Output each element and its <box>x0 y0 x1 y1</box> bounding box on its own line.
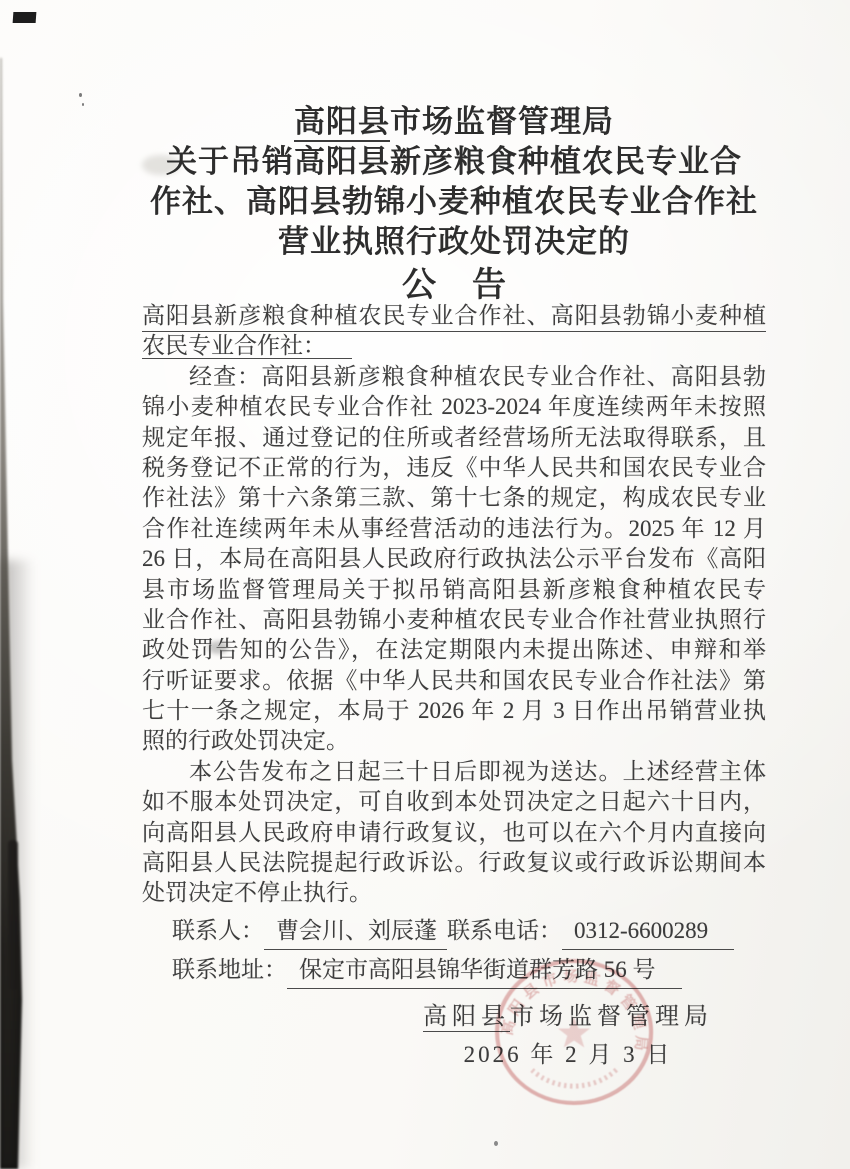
seal-star <box>558 1017 590 1048</box>
scan-speck <box>82 103 84 106</box>
body-line: 如不服本处罚决定，可自收到本处罚决定之日起六十日内， <box>142 787 766 817</box>
body-line: 向高阳县人民政府申请行政复议，也可以在六个月内直接向 <box>142 818 766 848</box>
body-line: 行听证要求。依据《中华人民共和国农民专业合作社法》第 <box>142 666 766 696</box>
title-agency-underlined: 高阳县 <box>294 104 390 142</box>
body-line: 作社法》第十六条第三款、第十七条的规定，构成农民专业 <box>142 483 766 513</box>
body-line: 经查：高阳县新彦粮食种植农民专业合作社、高阳县勃 <box>142 362 766 392</box>
body-line: 照的行政处罚决定。 <box>142 726 766 756</box>
contact-person-line: 联系人：曹会川、刘辰蓬联系电话：0312-6600289 <box>142 913 766 948</box>
contact-person-label: 联系人： <box>172 918 264 943</box>
body-line: 高阳县人民法院提起行政诉讼。行政复议或行政诉讼期间本 <box>142 848 766 878</box>
document-body: 高阳县新彦粮食种植农民专业合作社、高阳县勃锦小麦种植 农民专业合作社： 经查：高… <box>142 301 766 987</box>
body-line: 本公告发布之日起三十日后即视为送达。上述经营主体 <box>142 757 766 787</box>
scan-speck <box>79 93 82 97</box>
title-line-3: 作社、高阳县勃锦小麦种植农民专业合作社 <box>142 182 766 222</box>
official-seal: 高阳县市场监督管理局 <box>490 957 658 1109</box>
body-line: 合作社连续两年未从事经营活动的违法行为。2025 年 12 月 <box>142 514 766 544</box>
addressee-text: 高阳县新彦粮食种植农民专业合作社、高阳县勃锦小麦种植 <box>142 301 766 332</box>
scanned-announcement-page: 高阳县市场监督管理局 关于吊销高阳县新彦粮食种植农民专业合 作社、高阳县勃锦小麦… <box>0 0 850 1169</box>
contact-person-value: 曹会川、刘辰蓬 <box>264 913 447 950</box>
body-line: 业合作社、高阳县勃锦小麦种植农民专业合作社营业执照行 <box>142 605 766 635</box>
contact-address-label: 联系地址： <box>172 957 287 982</box>
title-agency-line: 高阳县市场监督管理局 <box>142 102 766 142</box>
title-line-2: 关于吊销高阳县新彦粮食种植农民专业合 <box>142 142 766 182</box>
body-line: 税务登记不正常的行为，违反《中华人民共和国农民专业合 <box>142 453 766 483</box>
addressee-text: 农民专业合作社： <box>142 333 352 359</box>
body-line: 七十一条之规定，本局于 2026 年 2 月 3 日作出吊销营业执 <box>142 696 766 726</box>
title-line-4: 营业执照行政处罚决定的 <box>142 222 766 262</box>
body-line: 政处罚告知的公告》，在法定期限内未提出陈述、申辩和举 <box>142 635 766 665</box>
body-line: 规定年报、通过登记的住所或者经营场所无法取得联系，且 <box>142 423 766 453</box>
body-line: 26 日，本局在高阳县人民政府行政执法公示平台发布《高阳 <box>142 544 766 574</box>
scan-speck <box>494 1141 498 1146</box>
contact-phone-value: 0312-6600289 <box>562 913 734 950</box>
addressee-line: 高阳县新彦粮食种植农民专业合作社、高阳县勃锦小麦种植 <box>142 301 766 331</box>
contact-address-line: 联系地址：保定市高阳县锦华街道群芳路 56 号 <box>142 952 766 987</box>
addressee-line: 农民专业合作社： <box>142 331 766 361</box>
scan-left-soft-shadow <box>0 560 34 1169</box>
contact-phone-label: 联系电话： <box>447 918 562 943</box>
title-agency-rest: 市场监督管理局 <box>390 104 614 139</box>
document-title-block: 高阳县市场监督管理局 关于吊销高阳县新彦粮食种植农民专业合 作社、高阳县勃锦小麦… <box>142 102 766 307</box>
body-line: 县市场监督管理局关于拟吊销高阳县新彦粮食种植农民专 <box>142 575 766 605</box>
body-line: 处罚决定不停止执行。 <box>142 878 766 908</box>
body-line: 锦小麦种植农民专业合作社 2023-2024 年度连续两年未按照 <box>142 392 766 422</box>
